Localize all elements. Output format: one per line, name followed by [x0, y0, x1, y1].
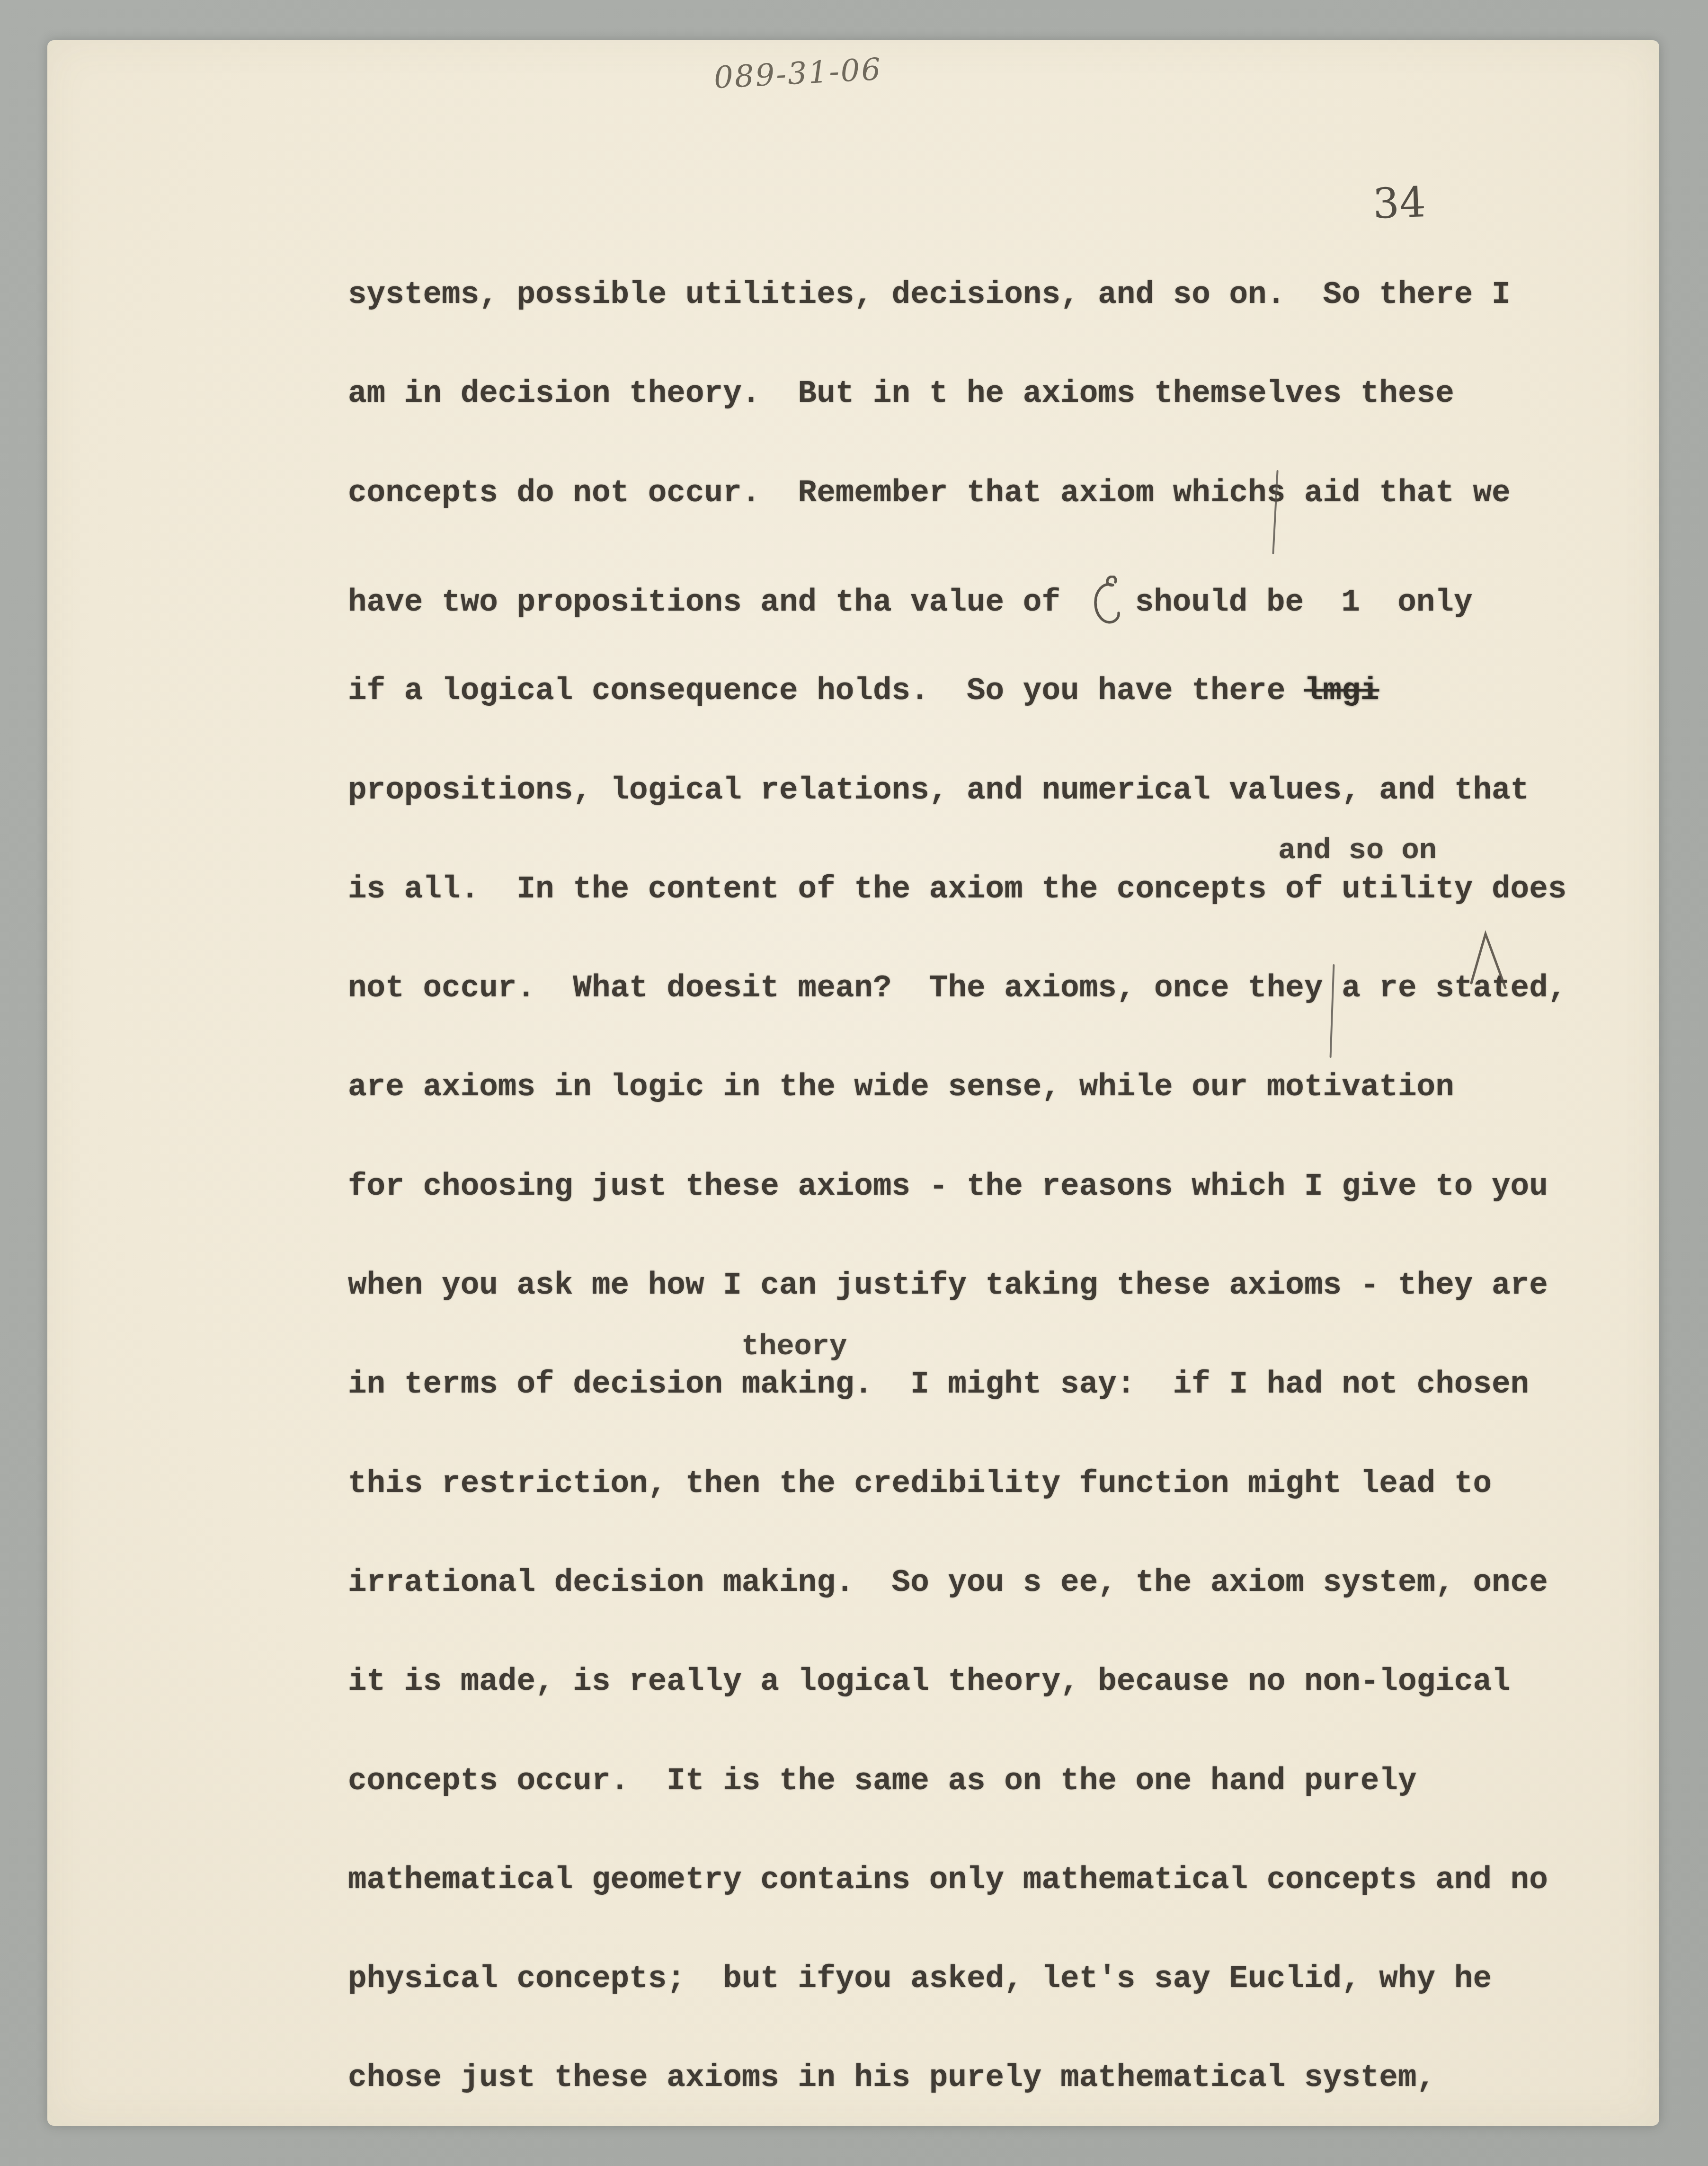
typed-line-2: am in decision theory. But in t he axiom…: [348, 377, 1454, 410]
typed-insertion-theory: theory: [741, 1330, 847, 1363]
handwritten-archive-id: 089-31-06: [713, 52, 883, 96]
typed-text: if a logical consequence holds. So you h…: [348, 673, 1304, 709]
typed-line-9: are axioms in logic in the wide sense, w…: [348, 1071, 1454, 1104]
typed-line-19: chose just these axioms in his purely ma…: [348, 2061, 1435, 2095]
typed-line-5: if a logical consequence holds. So you h…: [348, 675, 1379, 708]
typed-line-6: propositions, logical relations, and num…: [348, 774, 1529, 807]
typed-line-4: have two propositions and tha value of s…: [348, 576, 1473, 628]
typed-line-16: concepts occur. It is the same as on the…: [348, 1765, 1417, 1798]
struck-out-word: lmgi: [1304, 673, 1379, 709]
scanner-background: 089-31-06 34 systems, possible utilities…: [0, 0, 1708, 2166]
typed-insertion-and-so-on: and so on: [1278, 834, 1437, 867]
insertion-caret-mark: [1468, 930, 1511, 990]
typed-line-7: is all. In the content of the axiom the …: [348, 873, 1566, 906]
typed-line-11: when you ask me how I can justify taking…: [348, 1269, 1548, 1302]
handwritten-script-c-symbol: [1092, 576, 1128, 628]
typed-text: have two propositions and tha value of: [348, 585, 1079, 620]
document-page: 089-31-06 34 systems, possible utilities…: [47, 40, 1659, 2126]
typed-line-1: systems, possible utilities, decisions, …: [348, 278, 1511, 311]
typed-line-3: concepts do not occur. Remember that axi…: [348, 477, 1511, 510]
typed-text: should be 1 only: [1135, 585, 1473, 620]
typed-line-12: in terms of decision making. I might say…: [348, 1368, 1529, 1401]
typed-line-13: this restriction, then the credibility f…: [348, 1467, 1492, 1500]
typed-line-14: irrational decision making. So you s ee,…: [348, 1566, 1548, 1599]
typed-line-18: physical concepts; but ifyou asked, let'…: [348, 1962, 1492, 1996]
page-number: 34: [1372, 178, 1427, 228]
typed-line-17: mathematical geometry contains only math…: [348, 1864, 1548, 1897]
typed-line-15: it is made, is really a logical theory, …: [348, 1665, 1511, 1698]
typed-line-10: for choosing just these axioms - the rea…: [348, 1170, 1548, 1203]
typed-line-8: not occur. What doesit mean? The axioms,…: [348, 972, 1566, 1005]
